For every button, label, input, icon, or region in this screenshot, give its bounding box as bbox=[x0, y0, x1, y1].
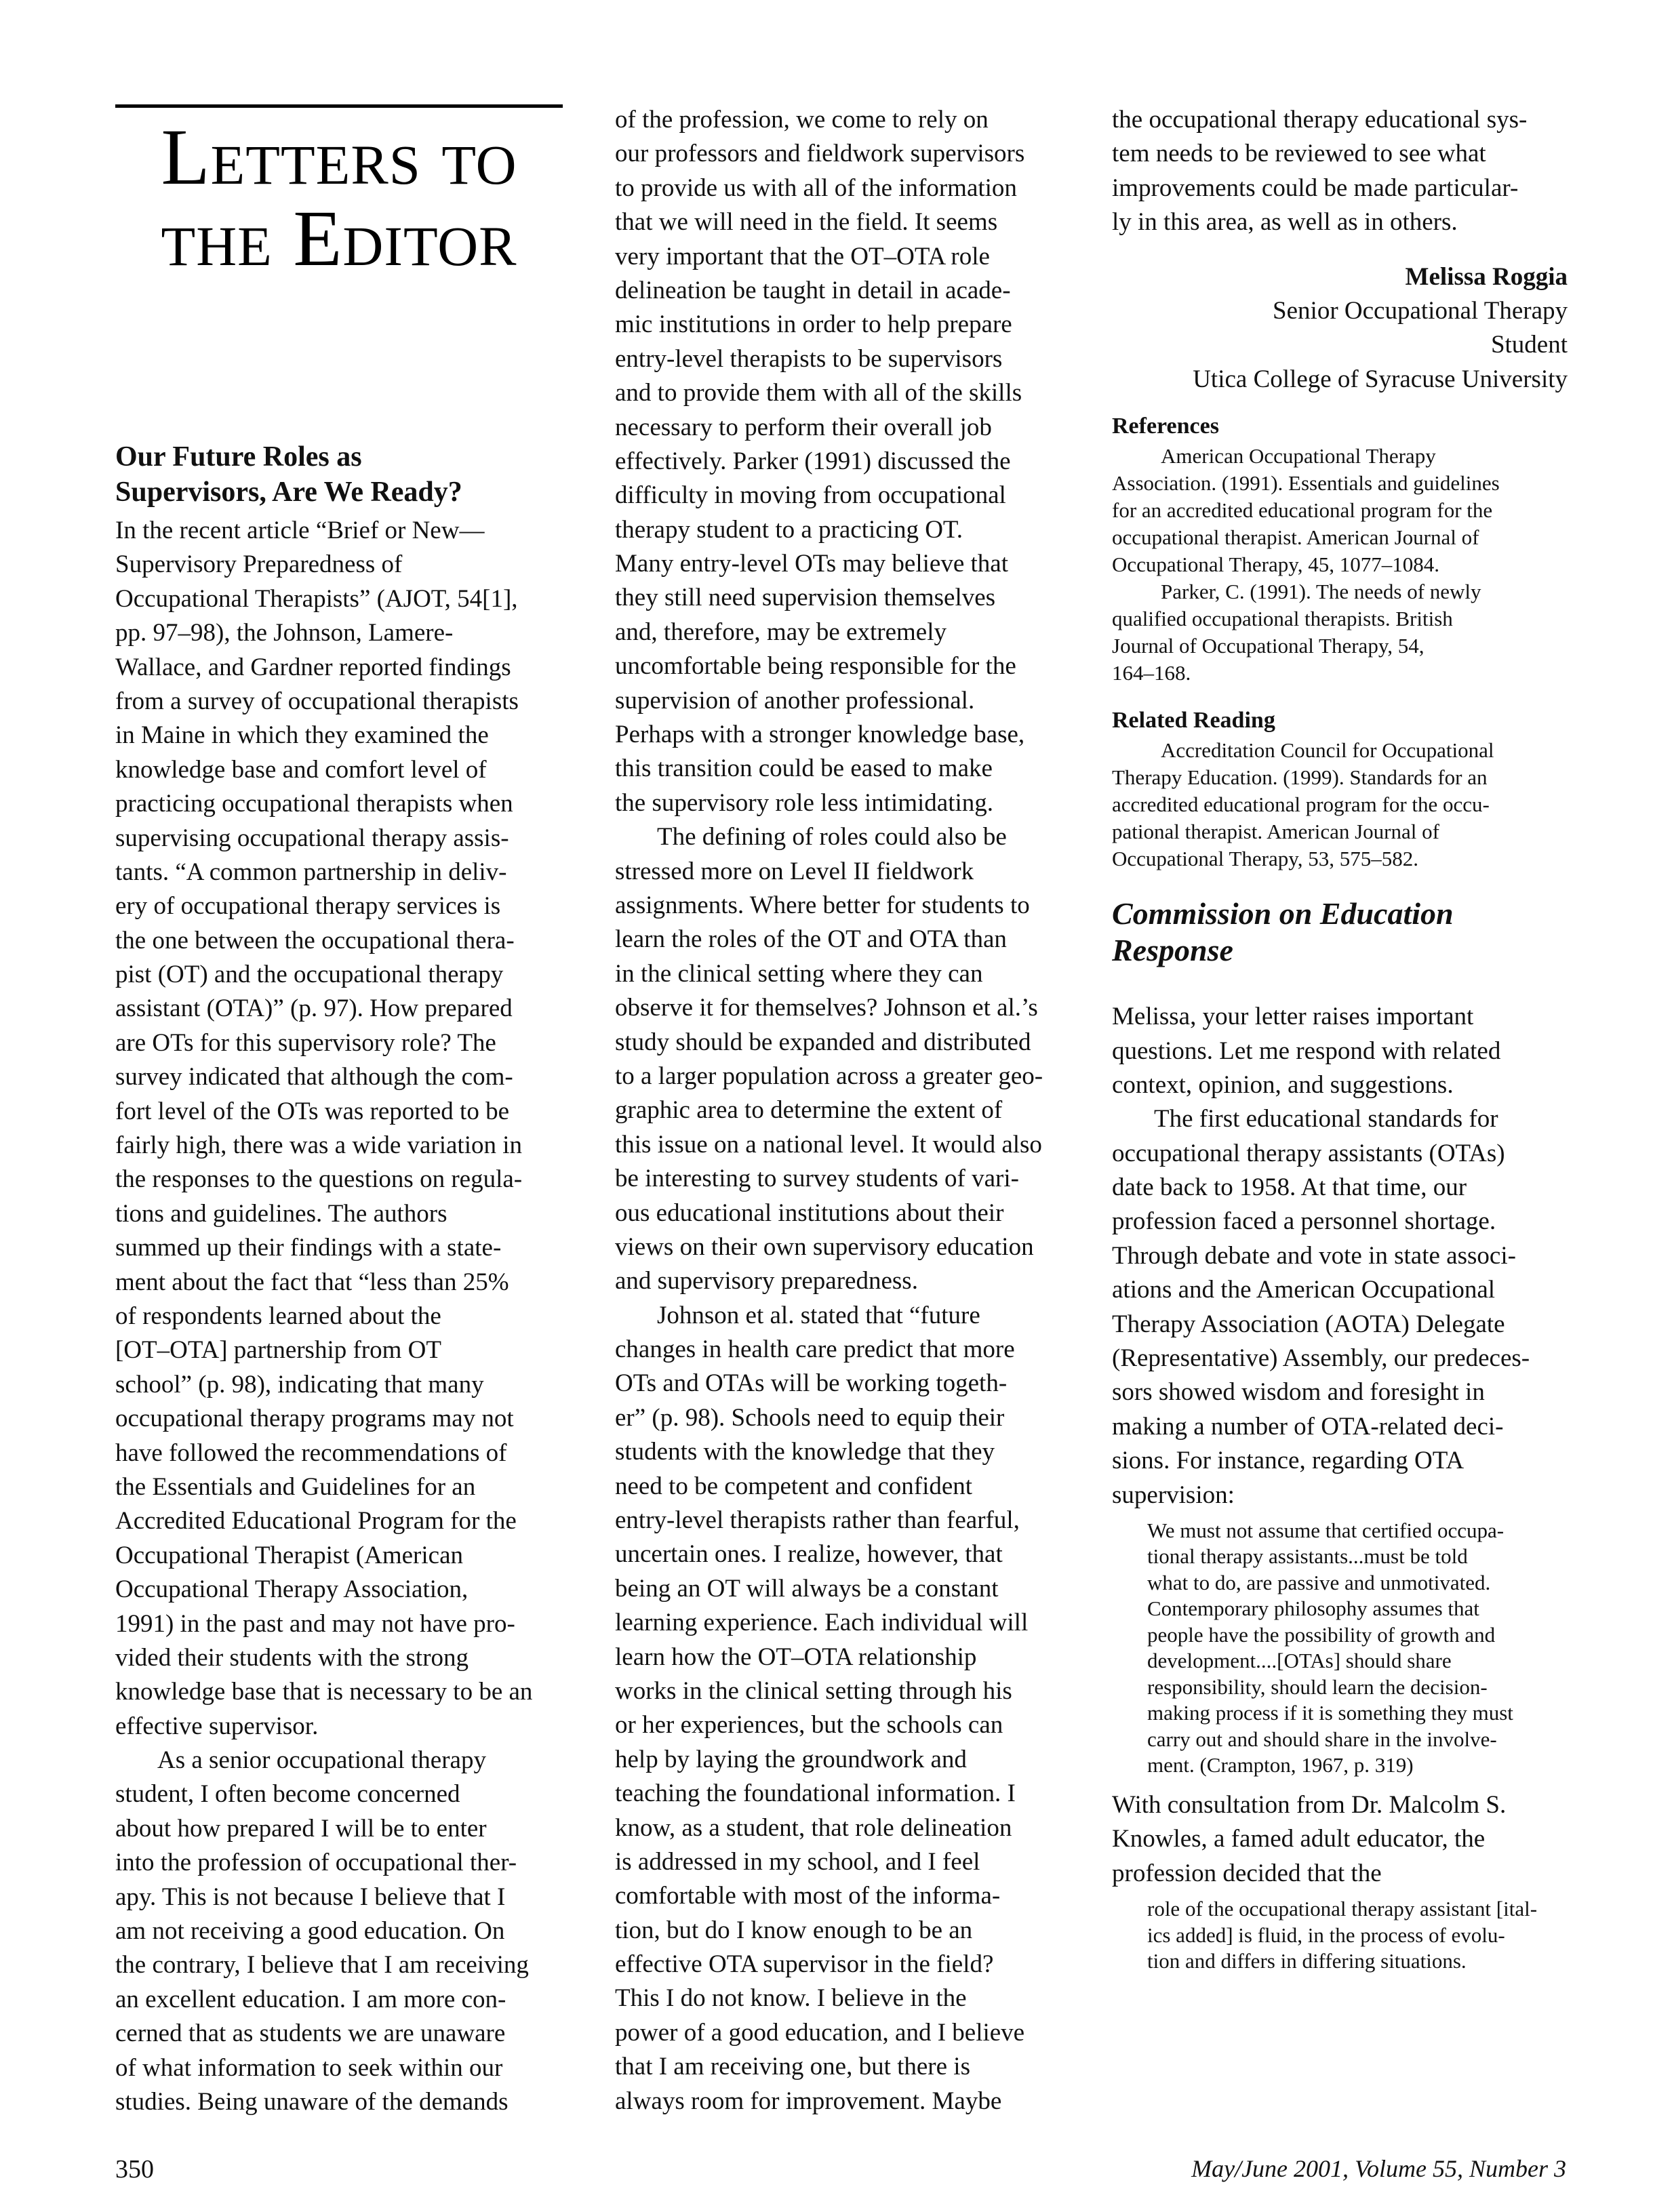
text-line: ment. (Crampton, 1967, p. 319) bbox=[1147, 1752, 1568, 1779]
text-line: necessary to perform their overall job bbox=[615, 411, 1069, 445]
text-line: to a larger population across a greater … bbox=[615, 1060, 1069, 1093]
text-line: sors showed wisdom and foresight in bbox=[1112, 1375, 1568, 1409]
text-line: need to be competent and confident bbox=[615, 1470, 1069, 1504]
text-line: ics added] is fluid, in the process of e… bbox=[1147, 1923, 1568, 1949]
text-line: am not receiving a good education. On bbox=[115, 1914, 570, 1948]
text-line: Wallace, and Gardner reported findings bbox=[115, 651, 570, 685]
text-line: the one between the occupational thera- bbox=[115, 924, 570, 958]
text-line: tion and differs in differing situations… bbox=[1147, 1948, 1568, 1975]
text-line: tants. “A common partnership in deliv- bbox=[115, 856, 570, 889]
text-line: vided their students with the strong bbox=[115, 1641, 570, 1675]
text-line: apy. This is not because I believe that … bbox=[115, 1881, 570, 1914]
text-line: of what information to seek within our bbox=[115, 2051, 570, 2085]
text-line: cerned that as students we are unaware bbox=[115, 2017, 570, 2051]
letter-signature: Melissa Roggia Senior Occupational Thera… bbox=[1112, 260, 1568, 397]
text-line: development....[OTAs] should share bbox=[1147, 1648, 1568, 1674]
text-line: pist (OT) and the occupational therapy bbox=[115, 958, 570, 992]
text-line: comfortable with most of the informa- bbox=[615, 1879, 1069, 1913]
text-line: [OT–OTA] partnership from OT bbox=[115, 1333, 570, 1367]
letter-body-part-2: of the profession, we come to rely onour… bbox=[615, 103, 1069, 2118]
text-line: With consultation from Dr. Malcolm S. bbox=[1112, 1788, 1568, 1822]
text-line: qualified occupational therapists. Briti… bbox=[1112, 605, 1568, 632]
text-line: tion, but do I know enough to be an bbox=[615, 1914, 1069, 1948]
text-line: that I am receiving one, but there is bbox=[615, 2050, 1069, 2084]
text-line: entry-level therapists to be supervisors bbox=[615, 342, 1069, 376]
column-3: the occupational therapy educational sys… bbox=[1112, 103, 1568, 1975]
page-title-line-1: Letters to bbox=[115, 117, 563, 198]
column-1: Our Future Roles as Supervisors, Are We … bbox=[115, 439, 570, 2119]
text-line: supervision of another professional. bbox=[615, 684, 1069, 718]
text-line: are OTs for this supervisory role? The bbox=[115, 1026, 570, 1060]
text-line: tional therapy assistants...must be told bbox=[1147, 1544, 1568, 1570]
text-line: fort level of the OTs was reported to be bbox=[115, 1095, 570, 1129]
text-line: in Maine in which they examined the bbox=[115, 719, 570, 752]
text-line: ment about the fact that “less than 25% bbox=[115, 1266, 570, 1300]
text-line: er” (p. 98). Schools need to equip their bbox=[615, 1401, 1069, 1435]
text-line: entry-level therapists rather than fearf… bbox=[615, 1504, 1069, 1537]
page-title: Letters to the Editor bbox=[115, 117, 563, 279]
response-body-1: Melissa, your letter raises importantque… bbox=[1112, 1000, 1568, 1512]
issue-info: May/June 2001, Volume 55, Number 3 bbox=[1191, 2154, 1566, 2183]
text-line: to provide us with all of the informatio… bbox=[615, 172, 1069, 205]
text-line: that we will need in the field. It seems bbox=[615, 205, 1069, 239]
response-heading-line-2: Response bbox=[1112, 932, 1568, 969]
text-line: what to do, are passive and unmotivated. bbox=[1147, 1570, 1568, 1596]
text-line: and, therefore, may be extremely bbox=[615, 616, 1069, 649]
text-line: works in the clinical setting through hi… bbox=[615, 1674, 1069, 1708]
text-line: and to provide them with all of the skil… bbox=[615, 376, 1069, 410]
text-line: school” (p. 98), indicating that many bbox=[115, 1368, 570, 1402]
text-line: Knowles, a famed adult educator, the bbox=[1112, 1822, 1568, 1856]
text-line: occupational therapist. American Journal… bbox=[1112, 524, 1568, 551]
text-line: date back to 1958. At that time, our bbox=[1112, 1171, 1568, 1205]
text-line: fairly high, there was a wide variation … bbox=[115, 1129, 570, 1163]
text-line: observe it for themselves? Johnson et al… bbox=[615, 991, 1069, 1025]
text-line: help by laying the groundwork and bbox=[615, 1743, 1069, 1777]
text-line: very important that the OT–OTA role bbox=[615, 240, 1069, 274]
text-line: of respondents learned about the bbox=[115, 1300, 570, 1333]
text-line: summed up their findings with a state- bbox=[115, 1231, 570, 1265]
text-line: an excellent education. I am more con- bbox=[115, 1983, 570, 2017]
text-line: changes in health care predict that more bbox=[615, 1333, 1069, 1367]
related-reading-heading: Related Reading bbox=[1112, 704, 1568, 737]
text-line: Occupational Therapists” (AJOT, 54[1], bbox=[115, 582, 570, 616]
text-line: making a number of OTA-related deci- bbox=[1112, 1410, 1568, 1444]
page-title-line-2: the Editor bbox=[115, 198, 563, 279]
text-line: Melissa, your letter raises important bbox=[1112, 1000, 1568, 1034]
text-line: responsibility, should learn the decisio… bbox=[1147, 1674, 1568, 1701]
text-line: We must not assume that certified occupa… bbox=[1147, 1518, 1568, 1544]
text-line: pp. 97–98), the Johnson, Lamere- bbox=[115, 616, 570, 650]
text-line: delineation be taught in detail in acade… bbox=[615, 274, 1069, 308]
text-line: graphic area to determine the extent of bbox=[615, 1093, 1069, 1127]
signature-title-2: Student bbox=[1112, 328, 1568, 362]
text-line: American Occupational Therapy bbox=[1112, 443, 1568, 470]
text-line: therapy student to a practicing OT. bbox=[615, 513, 1069, 547]
text-line: from a survey of occupational therapists bbox=[115, 685, 570, 719]
text-line: Journal of Occupational Therapy, 54, bbox=[1112, 632, 1568, 660]
text-line: carry out and should share in the involv… bbox=[1147, 1727, 1568, 1753]
text-line: be interesting to survey students of var… bbox=[615, 1162, 1069, 1196]
column-2: of the profession, we come to rely onour… bbox=[615, 103, 1069, 2118]
page-number: 350 bbox=[115, 2154, 154, 2184]
text-line: Accreditation Council for Occupational bbox=[1112, 737, 1568, 764]
text-line: study should be expanded and distributed bbox=[615, 1026, 1069, 1060]
text-line: sions. For instance, regarding OTA bbox=[1112, 1444, 1568, 1478]
text-line: The first educational standards for bbox=[1112, 1102, 1568, 1136]
text-line: student, I often become concerned bbox=[115, 1777, 570, 1811]
text-line: occupational therapy programs may not bbox=[115, 1402, 570, 1436]
text-line: pational therapist. American Journal of bbox=[1112, 818, 1568, 845]
text-line: the supervisory role less intimidating. bbox=[615, 786, 1069, 820]
text-line: ly in this area, as well as in others. bbox=[1112, 205, 1568, 239]
text-line: effective supervisor. bbox=[115, 1710, 570, 1744]
related-reading-section: Related Reading Accreditation Council fo… bbox=[1112, 704, 1568, 872]
text-line: supervising occupational therapy assis- bbox=[115, 822, 570, 856]
text-line: Occupational Therapy Association, bbox=[115, 1573, 570, 1607]
text-line: into the profession of occupational ther… bbox=[115, 1846, 570, 1880]
text-line: Therapy Association (AOTA) Delegate bbox=[1112, 1308, 1568, 1342]
text-line: difficulty in moving from occupational bbox=[615, 479, 1069, 512]
text-line: profession decided that the bbox=[1112, 1857, 1568, 1891]
text-line: the responses to the questions on regula… bbox=[115, 1163, 570, 1197]
references-section: References American Occupational Therapy… bbox=[1112, 410, 1568, 687]
text-line: effectively. Parker (1991) discussed the bbox=[615, 445, 1069, 479]
text-line: Occupational Therapist (American bbox=[115, 1539, 570, 1573]
text-line: the occupational therapy educational sys… bbox=[1112, 103, 1568, 137]
block-quote-crampton: We must not assume that certified occupa… bbox=[1112, 1518, 1568, 1779]
text-line: As a senior occupational therapy bbox=[115, 1744, 570, 1777]
text-line: ery of occupational therapy services is bbox=[115, 889, 570, 923]
text-line: effective OTA supervisor in the field? bbox=[615, 1948, 1069, 1982]
signature-name: Melissa Roggia bbox=[1112, 260, 1568, 294]
signature-title-1: Senior Occupational Therapy bbox=[1112, 294, 1568, 328]
text-line: survey indicated that although the com- bbox=[115, 1060, 570, 1094]
text-line: the Essentials and Guidelines for an bbox=[115, 1470, 570, 1504]
title-rule bbox=[115, 104, 563, 108]
text-line: people have the possibility of growth an… bbox=[1147, 1622, 1568, 1649]
text-line: always room for improvement. Maybe bbox=[615, 2085, 1069, 2118]
text-line: supervision: bbox=[1112, 1479, 1568, 1512]
text-line: of the profession, we come to rely on bbox=[615, 103, 1069, 137]
text-line: improvements could be made particular- bbox=[1112, 172, 1568, 205]
text-line: Occupational Therapy, 45, 1077–1084. bbox=[1112, 551, 1568, 578]
text-line: making process if it is something they m… bbox=[1147, 1700, 1568, 1727]
text-line: OTs and OTAs will be working togeth- bbox=[615, 1367, 1069, 1401]
text-line: tem needs to be reviewed to see what bbox=[1112, 137, 1568, 171]
text-line: our professors and fieldwork supervisors bbox=[615, 137, 1069, 171]
text-line: profession faced a personnel shortage. bbox=[1112, 1205, 1568, 1239]
references-list: American Occupational TherapyAssociation… bbox=[1112, 443, 1568, 687]
text-line: Contemporary philosophy assumes that bbox=[1147, 1596, 1568, 1622]
text-line: learn how the OT–OTA relationship bbox=[615, 1641, 1069, 1674]
text-line: Through debate and vote in state associ- bbox=[1112, 1239, 1568, 1273]
text-line: uncomfortable being responsible for the bbox=[615, 649, 1069, 683]
text-line: this issue on a national level. It would… bbox=[615, 1128, 1069, 1162]
text-line: Association. (1991). Essentials and guid… bbox=[1112, 470, 1568, 497]
text-line: Supervisory Preparedness of bbox=[115, 548, 570, 582]
text-line: for an accredited educational program fo… bbox=[1112, 497, 1568, 524]
text-line: context, opinion, and suggestions. bbox=[1112, 1068, 1568, 1102]
text-line: in the clinical setting where they can bbox=[615, 957, 1069, 991]
text-line: learning experience. Each individual wil… bbox=[615, 1606, 1069, 1640]
text-line: about how prepared I will be to enter bbox=[115, 1812, 570, 1846]
text-line: being an OT will always be a constant bbox=[615, 1572, 1069, 1606]
text-line: stressed more on Level II fieldwork bbox=[615, 855, 1069, 889]
text-line: Many entry-level OTs may believe that bbox=[615, 547, 1069, 581]
response-body-2: With consultation from Dr. Malcolm S.Kno… bbox=[1112, 1788, 1568, 1891]
text-line: views on their own supervisory education bbox=[615, 1230, 1069, 1264]
text-line: or her experiences, but the schools can bbox=[615, 1708, 1069, 1742]
text-line: role of the occupational therapy assista… bbox=[1147, 1896, 1568, 1923]
text-line: occupational therapy assistants (OTAs) bbox=[1112, 1137, 1568, 1171]
text-line: mic institutions in order to help prepar… bbox=[615, 308, 1069, 342]
text-line: practicing occupational therapists when bbox=[115, 787, 570, 821]
related-reading-list: Accreditation Council for OccupationalTh… bbox=[1112, 737, 1568, 872]
signature-institution: Utica College of Syracuse University bbox=[1112, 363, 1568, 397]
text-line: knowledge base that is necessary to be a… bbox=[115, 1675, 570, 1709]
text-line: ous educational institutions about their bbox=[615, 1197, 1069, 1230]
text-line: power of a good education, and I believe bbox=[615, 2016, 1069, 2050]
text-line: ations and the American Occupational bbox=[1112, 1273, 1568, 1307]
response-heading-line-1: Commission on Education bbox=[1112, 896, 1568, 932]
text-line: knowledge base and comfort level of bbox=[115, 753, 570, 787]
text-line: this transition could be eased to make bbox=[615, 752, 1069, 786]
text-line: 164–168. bbox=[1112, 660, 1568, 687]
text-line: and supervisory preparedness. bbox=[615, 1264, 1069, 1298]
text-line: Therapy Education. (1999). Standards for… bbox=[1112, 764, 1568, 791]
letter-heading-line-2: Supervisors, Are We Ready? bbox=[115, 475, 570, 510]
text-line: assistant (OTA)” (p. 97). How prepared bbox=[115, 992, 570, 1026]
text-line: questions. Let me respond with related bbox=[1112, 1034, 1568, 1068]
letter-body-part-3: the occupational therapy educational sys… bbox=[1112, 103, 1568, 240]
letter-body-part-1: In the recent article “Brief or New—Supe… bbox=[115, 514, 570, 2119]
text-line: (Representative) Assembly, our predeces- bbox=[1112, 1342, 1568, 1375]
text-line: uncertain ones. I realize, however, that bbox=[615, 1537, 1069, 1571]
response-section: Commission on Education Response Melissa… bbox=[1112, 896, 1568, 1975]
text-line: The defining of roles could also be bbox=[615, 820, 1069, 854]
text-line: Parker, C. (1991). The needs of newly bbox=[1112, 578, 1568, 605]
text-line: students with the knowledge that they bbox=[615, 1435, 1069, 1469]
references-heading: References bbox=[1112, 410, 1568, 443]
letter-heading-line-1: Our Future Roles as bbox=[115, 439, 570, 475]
text-line: accredited educational program for the o… bbox=[1112, 791, 1568, 818]
text-line: Johnson et al. stated that “future bbox=[615, 1299, 1069, 1333]
block-quote-knowles: role of the occupational therapy assista… bbox=[1112, 1896, 1568, 1975]
text-line: This I do not know. I believe in the bbox=[615, 1982, 1069, 2015]
text-line: Occupational Therapy, 53, 575–582. bbox=[1112, 845, 1568, 872]
text-line: Perhaps with a stronger knowledge base, bbox=[615, 718, 1069, 752]
text-line: have followed the recommendations of bbox=[115, 1436, 570, 1470]
text-line: assignments. Where better for students t… bbox=[615, 889, 1069, 923]
text-line: In the recent article “Brief or New— bbox=[115, 514, 570, 548]
text-line: Accredited Educational Program for the bbox=[115, 1504, 570, 1538]
text-line: teaching the foundational information. I bbox=[615, 1777, 1069, 1811]
text-line: learn the roles of the OT and OTA than bbox=[615, 923, 1069, 957]
text-line: 1991) in the past and may not have pro- bbox=[115, 1607, 570, 1641]
text-line: is addressed in my school, and I feel bbox=[615, 1845, 1069, 1879]
text-line: they still need supervision themselves bbox=[615, 581, 1069, 615]
text-line: tions and guidelines. The authors bbox=[115, 1197, 570, 1231]
text-line: the contrary, I believe that I am receiv… bbox=[115, 1948, 570, 1982]
text-line: studies. Being unaware of the demands bbox=[115, 2085, 570, 2119]
text-line: know, as a student, that role delineatio… bbox=[615, 1811, 1069, 1845]
